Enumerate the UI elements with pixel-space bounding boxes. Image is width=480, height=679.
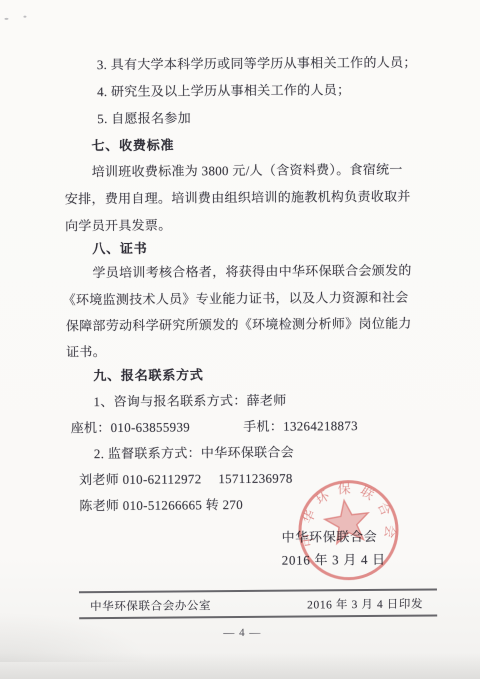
certificate-line-2: 《环境监测技术人员》专业能力证书，以及人力资源和社会 (63, 290, 409, 308)
footer-issuer: 中华环保联合会办公室 (90, 597, 211, 614)
fees-line-1: 培训班收费标准为 3800 元/人（含资料费）。食宿统一 (92, 162, 403, 179)
eligibility-item-5: 5. 自愿报名参加 (97, 110, 191, 126)
contact-line-supervision: 2. 监督联系方式：中华环保联合会 (94, 445, 294, 462)
footer-rule-bottom (79, 614, 437, 618)
seal-star (322, 497, 371, 545)
contact-line-phones: 座机：010-63855939 手机：13264218873 (71, 418, 358, 435)
fees-line-2: 安排，费用自理。培训费由组织培训的施教机构负责收取并 (65, 189, 411, 207)
eligibility-item-3: 3. 具有大学本科学历或同等学历从事相关工作的人员； (97, 55, 417, 73)
certificate-line-1: 学员培训考核合格者，将获得由中华环保联合会颁发的 (92, 263, 411, 281)
section-heading-certificate: 八、证书 (92, 241, 147, 256)
scan-speck (4, 18, 8, 20)
contact-line-teacher-chen: 陈老师 010-51266665 转 270 (79, 497, 243, 513)
section-heading-contact: 九、报名联系方式 (93, 367, 204, 383)
certificate-line-4: 证书。 (66, 344, 106, 359)
page-number: — 4 — (2, 625, 480, 641)
contact-line-registration: 1、咨询与报名联系方式：薛老师 (93, 393, 286, 410)
eligibility-item-4: 4. 研究生及以上学历从事相关工作的人员； (97, 82, 350, 99)
footer-print-date: 2016 年 3 月 4 日印发 (307, 596, 423, 613)
scanned-page: 3. 具有大学本科学历或同等学历从事相关工作的人员； 4. 研究生及以上学历从事… (0, 0, 480, 679)
contact-line-teacher-liu: 刘老师 010-62112972 15711236978 (79, 471, 293, 488)
certificate-line-3: 保障部劳动科学研究所颁发的《环境检测分析师》岗位能力 (66, 316, 412, 334)
fees-line-3: 向学员开具发票。 (65, 218, 172, 234)
section-heading-fees: 七、收费标准 (91, 138, 174, 154)
footer-rule-top (79, 588, 437, 592)
official-seal-stamp: 中华环保联合会 (292, 476, 407, 589)
page-content: 3. 具有大学本科学历或同等学历从事相关工作的人员； 4. 研究生及以上学历从事… (0, 0, 480, 679)
scan-speck (23, 16, 26, 18)
